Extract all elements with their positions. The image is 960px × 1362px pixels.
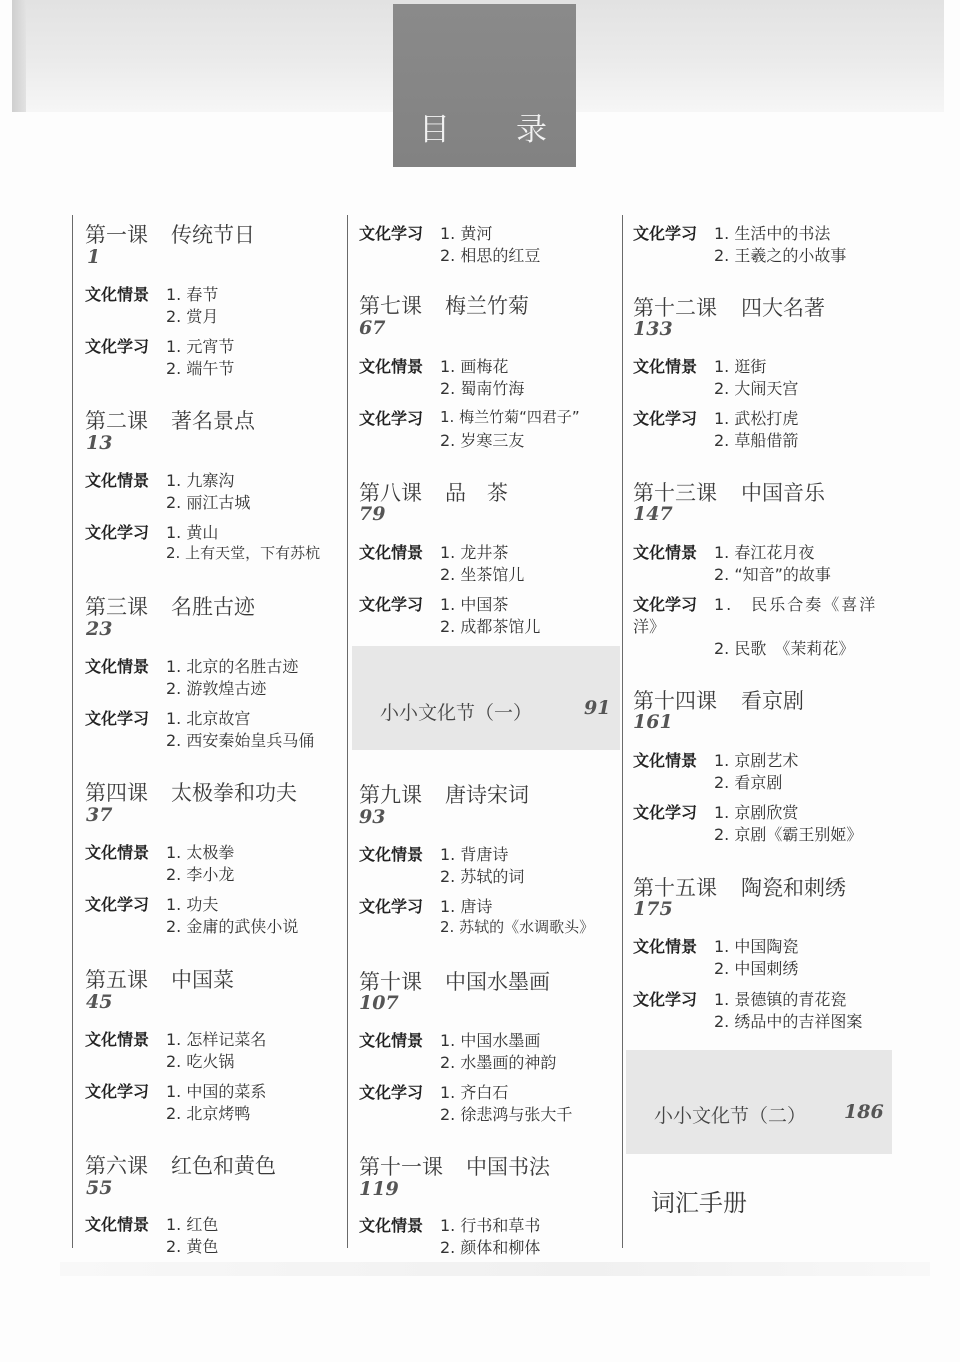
lesson-7-situation-label: 文化情景 [359,354,423,377]
lesson-4-study-2: 2. 金庸的武侠小说 [166,914,298,937]
lesson-3-situation-label: 文化情景 [85,654,149,677]
lesson-5-study-2: 2. 北京烤鸭 [166,1101,250,1124]
lesson-2-situation-2: 2. 丽江古城 [166,490,250,513]
lesson-7-situation-1: 1. 画梅花 [440,354,508,377]
lesson-15-page: 175 [633,898,673,920]
lesson-2-title[interactable]: 第二课著名景点 [85,405,255,435]
lesson-7-study-label: 文化学习 [359,406,423,429]
lesson-7-study-1: 1. 梅兰竹菊“四君子” [440,406,580,427]
lesson-9-situation-1: 1. 背唐诗 [440,842,508,865]
lesson-13-study-label: 文化学习 [633,592,697,615]
lesson-2-situation-1: 1. 九寨沟 [166,468,234,491]
lesson-11-study-2: 2. 王羲之的小故事 [714,243,846,266]
lesson-9-study-1: 1. 唐诗 [440,894,492,917]
lesson-3-title[interactable]: 第三课名胜古迹 [85,591,255,621]
lesson-10-page: 107 [359,992,399,1014]
lesson-10-study-2: 2. 徐悲鸿与张大千 [440,1102,572,1125]
lesson-9-study-label: 文化学习 [359,894,423,917]
lesson-7-title[interactable]: 第七课梅兰竹菊 [359,290,529,320]
festival-1-label: 小小文化节（一） [380,698,532,725]
lesson-15-study-1: 1. 景德镇的青花瓷 [714,987,846,1010]
lesson-4-study-label: 文化学习 [85,892,149,915]
festival-2-page: 186 [844,1101,884,1123]
page-title-char-1: 目 [419,104,450,149]
lesson-4-title[interactable]: 第四课太极拳和功夫 [85,777,297,807]
footer-band [60,1262,930,1276]
lesson-15-situation-2: 2. 中国刺绣 [714,956,798,979]
lesson-9-page: 93 [359,806,385,828]
lesson-1-situation-label: 文化情景 [85,282,149,305]
lesson-5-title[interactable]: 第五课中国菜 [85,964,234,994]
lesson-6-study-label: 文化学习 [359,221,423,244]
lesson-5-study-1: 1. 中国的菜系 [166,1079,266,1102]
lesson-13-study-1: 1. 民乐合奏《喜洋 [714,592,877,615]
lesson-14-study-2: 2. 京剧《霸王别姬》 [714,822,862,845]
lesson-5-page: 45 [86,991,112,1013]
lesson-11-situation-1: 1. 行书和草书 [440,1213,540,1236]
lesson-8-page: 79 [359,503,385,525]
lesson-11-situation-label: 文化情景 [359,1213,423,1236]
lesson-7-page: 67 [359,317,385,339]
lesson-10-study-1: 1. 齐白石 [440,1080,508,1103]
lesson-1-situation-1: 1. 春节 [166,282,218,305]
lesson-12-page: 133 [633,318,673,340]
lesson-9-title[interactable]: 第九课唐诗宋词 [359,779,529,809]
lesson-1-study-1: 1. 元宵节 [166,334,234,357]
lesson-8-situation-label: 文化情景 [359,540,423,563]
lesson-10-situation-label: 文化情景 [359,1028,423,1051]
lesson-15-study-2: 2. 绣品中的吉祥图案 [714,1009,862,1032]
lesson-13-study-2: 2. 民歌 《茉莉花》 [714,636,854,659]
lesson-15-study-label: 文化学习 [633,987,697,1010]
lesson-11-title[interactable]: 第十一课中国书法 [359,1151,550,1181]
lesson-4-situation-label: 文化情景 [85,840,149,863]
lesson-11-situation-2: 2. 颜体和柳体 [440,1235,540,1258]
lesson-14-situation-1: 1. 京剧艺术 [714,748,798,771]
lesson-13-study-1-wrap: 洋》 [633,614,665,637]
lesson-5-situation-1: 1. 怎样记菜名 [166,1027,266,1050]
lesson-14-situation-label: 文化情景 [633,748,697,771]
lesson-13-situation-2: 2. “知音”的故事 [714,562,831,585]
lesson-8-study-1: 1. 中国茶 [440,592,508,615]
lesson-12-situation-2: 2. 大闹天宫 [714,376,798,399]
lesson-8-study-label: 文化学习 [359,592,423,615]
lesson-15-situation-1: 1. 中国陶瓷 [714,934,798,957]
lesson-4-situation-1: 1. 太极拳 [166,840,234,863]
lesson-4-page: 37 [86,804,112,826]
lesson-3-situation-1: 1. 北京的名胜古迹 [166,654,298,677]
lesson-2-study-1: 1. 黄山 [166,520,218,543]
lesson-1-study-label: 文化学习 [85,334,149,357]
lesson-2-study-label: 文化学习 [85,520,149,543]
lesson-6-study-1: 1. 黄河 [440,221,492,244]
lesson-11-study-1: 1. 生活中的书法 [714,221,830,244]
lesson-8-situation-1: 1. 龙井茶 [440,540,508,563]
lesson-1-page: 1 [87,246,100,268]
lesson-9-situation-label: 文化情景 [359,842,423,865]
lesson-14-study-label: 文化学习 [633,800,697,823]
lesson-12-study-label: 文化学习 [633,406,697,429]
lesson-6-situation-1: 1. 红色 [166,1212,218,1235]
lesson-3-study-1: 1. 北京故宫 [166,706,250,729]
lesson-13-situation-label: 文化情景 [633,540,697,563]
lesson-5-situation-2: 2. 吃火锅 [166,1049,234,1072]
lesson-2-situation-label: 文化情景 [85,468,149,491]
lesson-3-page: 23 [86,618,112,640]
lesson-11-study-label: 文化学习 [633,221,697,244]
lesson-8-study-2: 2. 成都茶馆儿 [440,614,540,637]
lesson-3-study-label: 文化学习 [85,706,149,729]
lesson-12-situation-label: 文化情景 [633,354,697,377]
lesson-11-page: 119 [359,1178,399,1200]
lesson-7-situation-2: 2. 蜀南竹海 [440,376,524,399]
lesson-2-page: 13 [86,432,112,454]
lesson-5-study-label: 文化学习 [85,1079,149,1102]
lesson-14-situation-2: 2. 看京剧 [714,770,782,793]
lesson-6-situation-label: 文化情景 [85,1212,149,1235]
lesson-9-situation-2: 2. 苏轼的词 [440,864,524,887]
lesson-14-page: 161 [633,711,673,733]
header-band-edge [12,0,26,112]
lesson-3-study-2: 2. 西安秦始皇兵马俑 [166,728,314,751]
lesson-15-situation-label: 文化情景 [633,934,697,957]
lesson-12-situation-1: 1. 逛街 [714,354,766,377]
lesson-6-situation-2: 2. 黄色 [166,1234,218,1257]
lesson-6-title[interactable]: 第六课红色和黄色 [85,1150,276,1180]
lesson-12-study-1: 1. 武松打虎 [714,406,798,429]
festival-1-page: 91 [584,697,610,719]
lesson-8-situation-2: 2. 坐茶馆儿 [440,562,524,585]
lesson-10-study-label: 文化学习 [359,1080,423,1103]
lesson-5-situation-label: 文化情景 [85,1027,149,1050]
lesson-4-situation-2: 2. 李小龙 [166,862,234,885]
lesson-1-title[interactable]: 第一课传统节日 [85,219,255,249]
lesson-6-study-2: 2. 相思的红豆 [440,243,540,266]
lesson-2-study-2: 2. 上有天堂，下有苏杭 [166,542,320,563]
lesson-13-situation-1: 1. 春江花月夜 [714,540,814,563]
lesson-10-situation-2: 2. 水墨画的神韵 [440,1050,556,1073]
lesson-14-study-1: 1. 京剧欣赏 [714,800,798,823]
lesson-7-study-2: 2. 岁寒三友 [440,428,524,451]
lesson-3-situation-2: 2. 游敦煌古迹 [166,676,266,699]
page-title-char-2: 录 [516,104,547,149]
lesson-9-study-2: 2. 苏轼的《水调歌头》 [440,916,594,937]
lesson-13-page: 147 [633,503,673,525]
lesson-4-study-1: 1. 功夫 [166,892,218,915]
lesson-1-situation-2: 2. 赏月 [166,304,218,327]
glossary-link[interactable]: 词汇手册 [651,1183,747,1218]
lesson-12-study-2: 2. 草船借箭 [714,428,798,451]
lesson-10-situation-1: 1. 中国水墨画 [440,1028,540,1051]
lesson-6-page: 55 [86,1177,112,1199]
lesson-1-study-2: 2. 端午节 [166,356,234,379]
festival-2-label: 小小文化节（二） [654,1101,806,1128]
